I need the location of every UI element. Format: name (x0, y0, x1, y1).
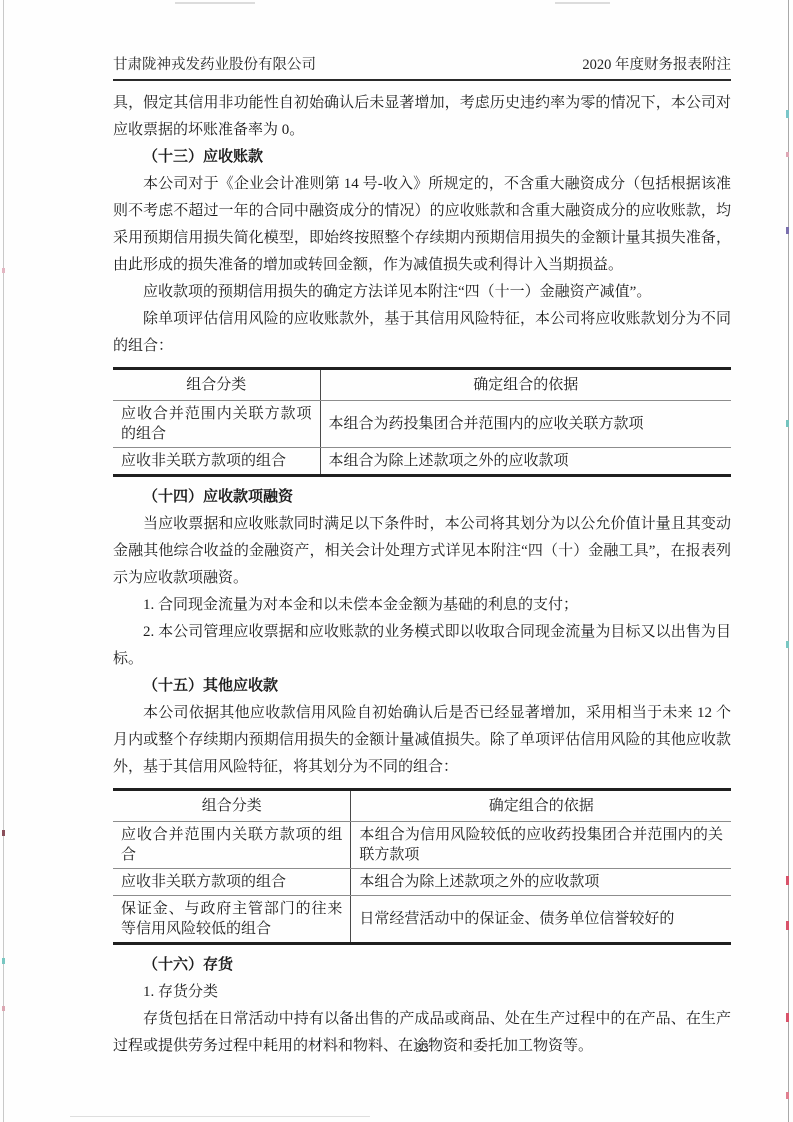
paragraph: 当应收票据和应收账款同时满足以下条件时，本公司将其划分为以公允价值计量且其变动金… (113, 511, 731, 592)
table-cell: 本组合为除上述款项之外的应收款项 (351, 869, 731, 896)
table-header-cell: 确定组合的依据 (320, 369, 731, 401)
scan-artifact-mark (2, 958, 5, 964)
scan-artifact-mark (786, 152, 789, 157)
table-cell: 保证金、与政府主管部门的往来等信用风险较低的组合 (113, 896, 351, 944)
table-cell: 应收合并范围内关联方款项的组合 (113, 822, 351, 869)
paragraph: 除单项评估信用风险的应收账款外，基于其信用风险特征，本公司将应收账款划分为不同的… (113, 306, 731, 360)
sub-heading: 1. 存货分类 (113, 979, 731, 1006)
table-header-cell: 确定组合的依据 (351, 790, 731, 822)
scan-edge-left (3, 0, 4, 1122)
scan-artifact-mark (175, 2, 255, 4)
paragraph: 本公司对于《企业会计准则第 14 号-收入》所规定的，不含重大融资成分（包括根据… (113, 171, 731, 279)
table-row: 应收非关联方款项的组合 本组合为除上述款项之外的应收款项 (113, 869, 731, 896)
table-cell: 本组合为药投集团合并范围内的应收关联方款项 (320, 401, 731, 448)
paragraph-continuation: 具，假定其信用非功能性自初始确认后未显著增加，考虑历史违约率为零的情况下，本公司… (113, 90, 731, 144)
section-heading-14: （十四）应收款项融资 (113, 484, 731, 511)
table-header-row: 组合分类 确定组合的依据 (113, 790, 731, 822)
scan-artifact-mark (555, 2, 610, 4)
scan-artifact-mark (2, 830, 5, 836)
section-heading-13: （十三）应收账款 (113, 144, 731, 171)
other-receivables-portfolio-table: 组合分类 确定组合的依据 应收合并范围内关联方款项的组合 本组合为信用风险较低的… (113, 788, 731, 945)
table-cell: 本组合为除上述款项之外的应收款项 (320, 448, 731, 476)
table-cell: 日常经营活动中的保证金、债务单位信誉较好的 (351, 896, 731, 944)
scan-artifact-mark (2, 268, 5, 273)
scan-artifact-mark (70, 1116, 370, 1117)
table-cell: 应收非关联方款项的组合 (113, 448, 320, 476)
scan-artifact-mark (786, 1092, 789, 1099)
table-cell: 应收合并范围内关联方款项的组合 (113, 401, 320, 448)
table-cell: 应收非关联方款项的组合 (113, 869, 351, 896)
scan-artifact-mark (786, 641, 789, 648)
paragraph: 本公司依据其他应收款信用风险自初始确认后是否已经显著增加，采用相当于未来 12 … (113, 700, 731, 781)
page-content: 具，假定其信用非功能性自初始确认后未显著增加，考虑历史违约率为零的情况下，本公司… (113, 90, 731, 1060)
receivables-portfolio-table: 组合分类 确定组合的依据 应收合并范围内关联方款项的组合 本组合为药投集团合并范… (113, 367, 731, 477)
table-row: 应收非关联方款项的组合 本组合为除上述款项之外的应收款项 (113, 448, 731, 476)
table-row: 保证金、与政府主管部门的往来等信用风险较低的组合 日常经营活动中的保证金、债务单… (113, 896, 731, 944)
document-page: 甘肃陇神戎发药业股份有限公司 2020 年度财务报表附注 具，假定其信用非功能性… (0, 0, 793, 1122)
report-title: 2020 年度财务报表附注 (582, 53, 731, 74)
scan-artifact-mark (786, 110, 789, 118)
table-header-row: 组合分类 确定组合的依据 (113, 369, 731, 401)
section-heading-16: （十六）存货 (113, 952, 731, 979)
paragraph: 应收款项的预期信用损失的确定方法详见本附注“四（十一）金融资产减值”。 (113, 279, 731, 306)
section-heading-15: （十五）其他应收款 (113, 673, 731, 700)
list-item: 2. 本公司管理应收票据和应收账款的业务模式即以收取合同现金流量为目标又以出售为… (113, 619, 731, 673)
table-cell: 本组合为信用风险较低的应收药投集团合并范围内的关联方款项 (351, 822, 731, 869)
table-row: 应收合并范围内关联方款项的组合 本组合为信用风险较低的应收药投集团合并范围内的关… (113, 822, 731, 869)
table-header-cell: 组合分类 (113, 790, 351, 822)
scan-artifact-mark (786, 227, 789, 234)
table-row: 应收合并范围内关联方款项的组合 本组合为药投集团合并范围内的应收关联方款项 (113, 401, 731, 448)
scan-artifact-mark (786, 876, 789, 885)
page-header: 甘肃陇神戎发药业股份有限公司 2020 年度财务报表附注 (113, 53, 731, 81)
scan-artifact-mark (2, 1006, 5, 1011)
company-name: 甘肃陇神戎发药业股份有限公司 (113, 53, 316, 74)
table-header-cell: 组合分类 (113, 369, 320, 401)
scan-artifact-mark (786, 921, 789, 930)
page-number: 33 (113, 1040, 731, 1056)
list-item: 1. 合同现金流量为对本金和以未偿本金金额为基础的利息的支付； (113, 592, 731, 619)
scan-artifact-mark (786, 420, 789, 427)
scan-artifact-mark (786, 1013, 789, 1022)
scan-edge-right (788, 0, 789, 1122)
